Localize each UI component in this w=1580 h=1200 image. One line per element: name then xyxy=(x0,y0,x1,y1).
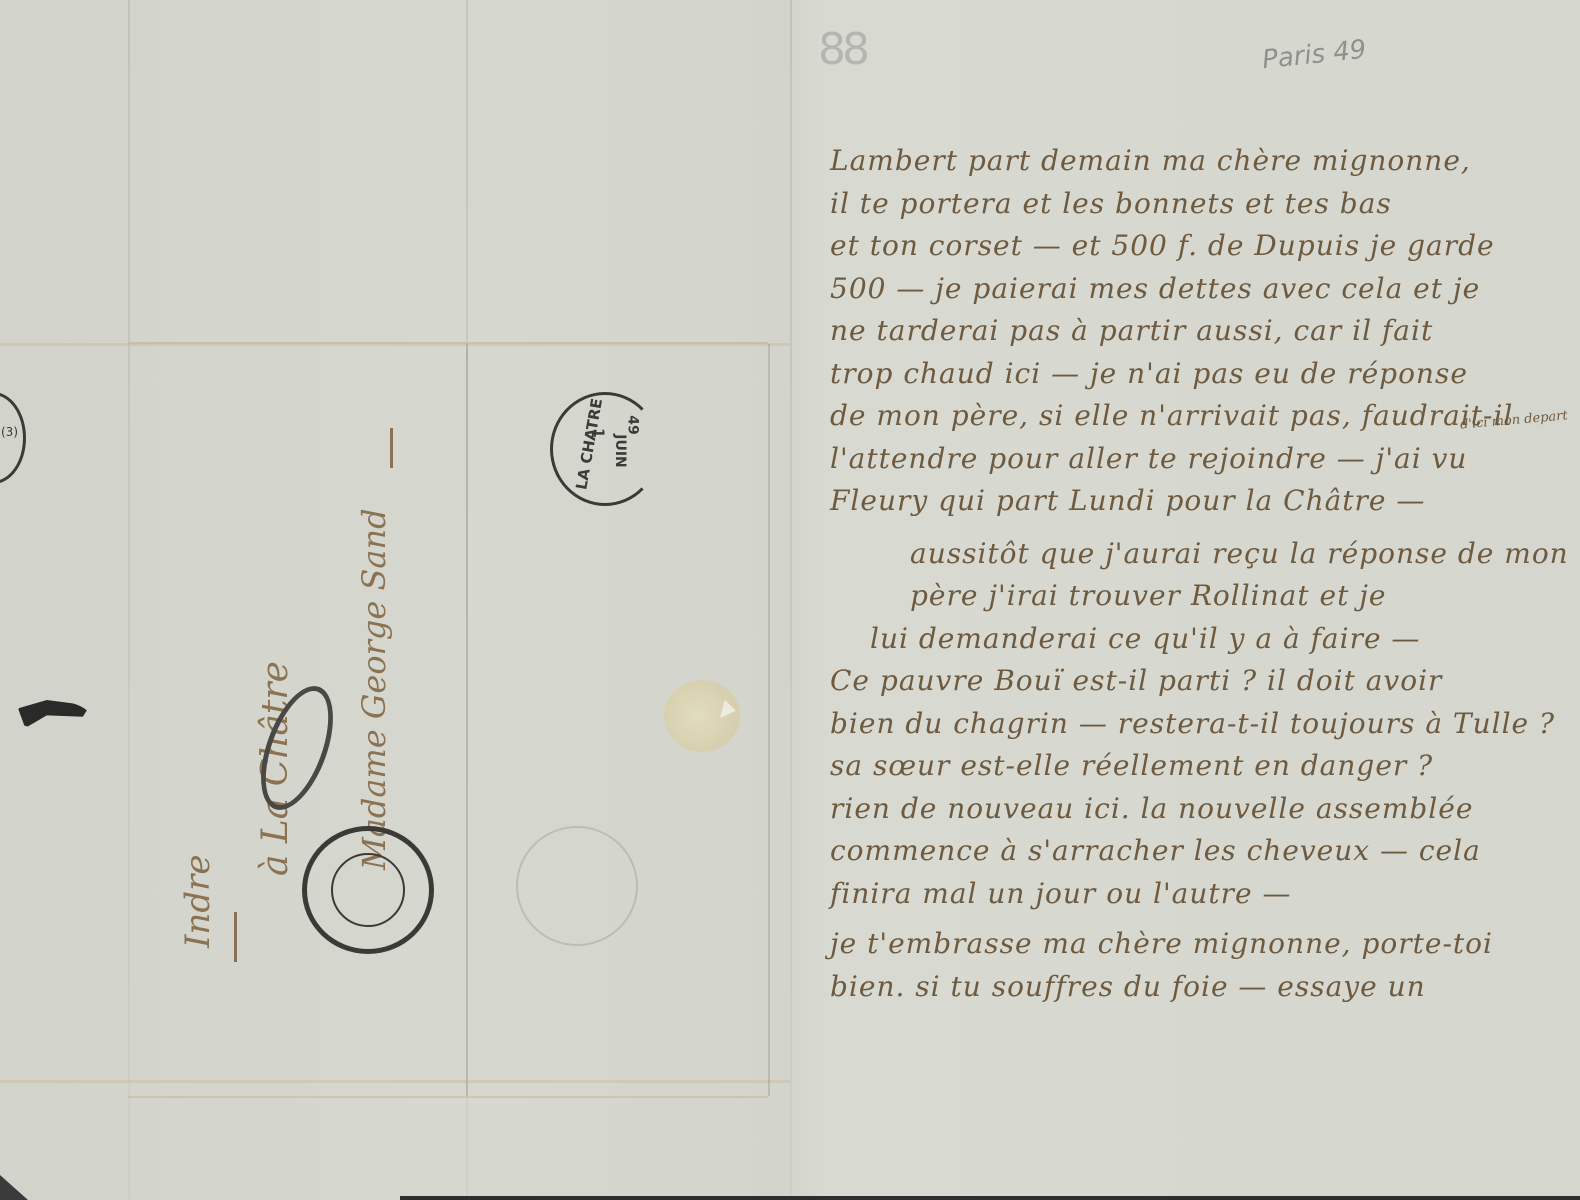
letter-line: trop chaud ici — je n'ai pas eu de répon… xyxy=(830,353,1560,396)
partial-postmark: (3) xyxy=(0,392,26,484)
address-recipient: Madame George Sand xyxy=(355,508,393,870)
letter-body: Lambert part demain ma chère mignonne, i… xyxy=(830,140,1560,1008)
wax-seal-remnant xyxy=(664,680,740,752)
sheet-bottom-edge xyxy=(400,1196,1580,1200)
postmark-year: 49 xyxy=(625,415,641,434)
center-fold xyxy=(790,0,792,1200)
archive-place-date: Paris 49 xyxy=(1261,35,1368,76)
letter-line: 500 — je paierai mes dettes avec cela et… xyxy=(830,268,1560,311)
letter-line: de mon père, si elle n'arrivait pas, fau… xyxy=(830,395,1560,438)
letter-line: aussitôt que j'aurai reçu la réponse de … xyxy=(830,533,1560,576)
postmark-town: LA CHATRE xyxy=(572,397,606,491)
letter-line: sa sœur est-elle réellement en danger ? xyxy=(830,745,1560,788)
letter-line: et ton corset — et 500 f. de Dupuis je g… xyxy=(830,225,1560,268)
la-chatre-postmark: LA CHATRE 1 JUIN 49 xyxy=(550,392,660,506)
letter-line: commence à s'arracher les cheveux — cela xyxy=(830,830,1560,873)
letter-line: l'attendre pour aller te rejoindre — j'a… xyxy=(830,438,1560,481)
letter-line: je t'embrasse ma chère mignonne, porte-t… xyxy=(830,923,1560,966)
postmark-inner-ring xyxy=(331,853,405,927)
address-dash xyxy=(390,428,393,468)
letter-line: lui demanderai ce qu'il y a à faire — xyxy=(830,618,1560,661)
letter-line: bien du chagrin — restera-t-il toujours … xyxy=(830,703,1560,746)
letter-line: il te portera et les bonnets et tes bas xyxy=(830,183,1560,226)
letter-line: Ce pauvre Bouï est-il parti ? il doit av… xyxy=(830,660,1560,703)
letter-line: père j'irai trouver Rollinat et je xyxy=(830,575,1560,618)
postmark-month: JUIN xyxy=(612,434,628,468)
burn-hole xyxy=(18,700,90,728)
letter-line: rien de nouveau ici. la nouvelle assembl… xyxy=(830,788,1560,831)
offset-stamp-ghost xyxy=(516,826,638,946)
partial-postmark-text: (3) xyxy=(1,425,18,439)
panel-fold xyxy=(768,344,770,1096)
letter-line: ne tarderai pas à partir aussi, car il f… xyxy=(830,310,1560,353)
manuscript-sheet: 88 Paris 49 Indre à La Châtre Madame Geo… xyxy=(0,0,1580,1200)
letter-line: finira mal un jour ou l'autre — xyxy=(830,873,1560,916)
cancelled-postmark xyxy=(302,826,434,954)
panel-fold xyxy=(466,344,468,1096)
page-corner xyxy=(0,1175,28,1200)
letter-line: Lambert part demain ma chère mignonne, xyxy=(830,140,1560,183)
letter-line: bien. si tu souffres du foie — essaye un xyxy=(830,966,1560,1009)
address-department: Indre xyxy=(178,855,218,948)
address-dash xyxy=(234,912,237,962)
folio-number: 88 xyxy=(818,24,866,75)
letter-line: Fleury qui part Lundi pour la Châtre — xyxy=(830,480,1560,523)
postmark-day: 1 xyxy=(590,428,606,438)
